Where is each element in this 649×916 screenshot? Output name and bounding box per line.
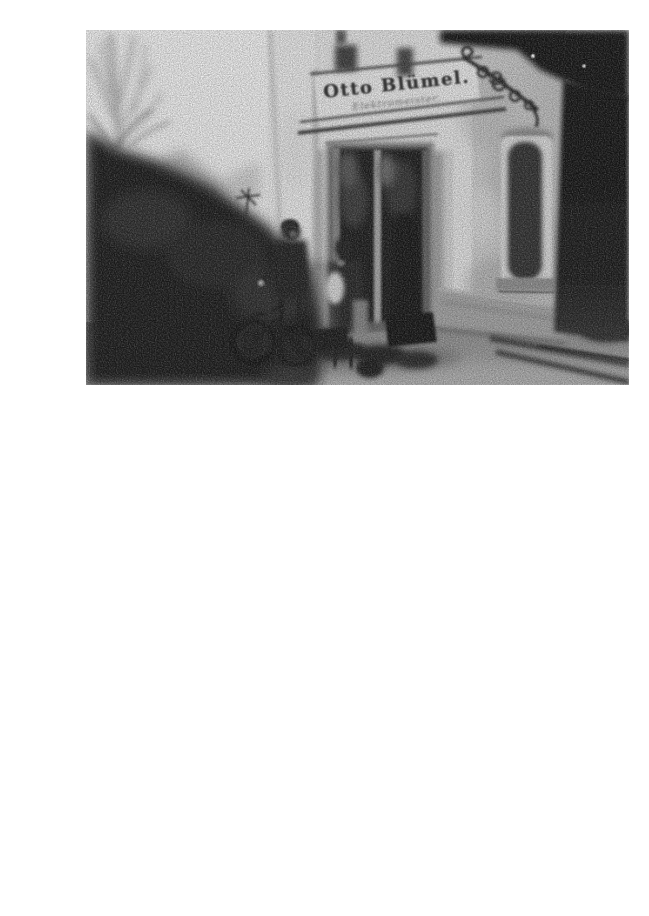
page: { "photo": { "alt": "Blurred black-and-w… (0, 0, 649, 916)
photo-scene (86, 30, 629, 385)
page-background: Otto Blümel. Elektromeister. (0, 0, 649, 916)
film-grain-light (86, 30, 629, 385)
photograph-otto-bluemel-shop: Otto Blümel. Elektromeister. (86, 30, 629, 385)
